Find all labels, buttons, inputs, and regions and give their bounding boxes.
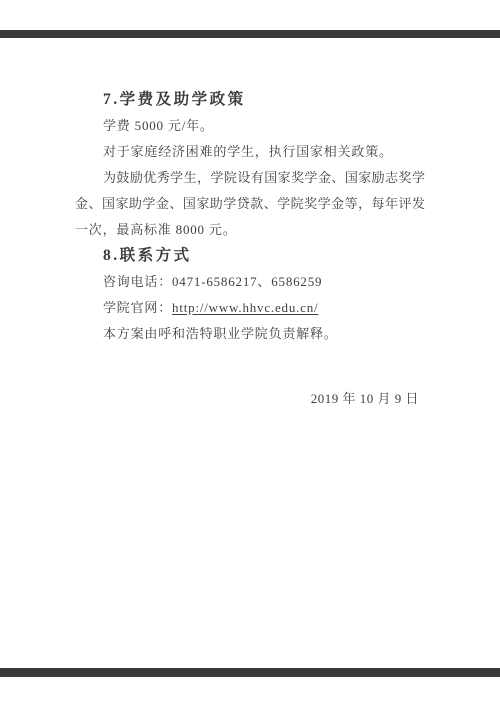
scan-edge-bottom-bar: [0, 668, 500, 677]
document-page: 7.学费及助学政策 学费 5000 元/年。 对于家庭经济困难的学生，执行国家相…: [0, 0, 500, 707]
website-line: 学院官网：http://www.hhvc.edu.cn/: [75, 295, 425, 321]
document-date: 2019 年 10 月 9 日: [75, 386, 425, 412]
scan-edge-top-bar: [0, 30, 500, 38]
college-website-link[interactable]: http://www.hhvc.edu.cn/: [172, 300, 318, 315]
phone-line: 咨询电话：0471-6586217、6586259: [75, 269, 425, 295]
document-content: 7.学费及助学政策 学费 5000 元/年。 对于家庭经济困难的学生，执行国家相…: [75, 87, 425, 347]
website-label: 学院官网：: [103, 300, 172, 315]
section-heading-tuition: 7.学费及助学政策: [75, 87, 425, 113]
scholarship-paragraph-line-2: 金、国家助学金、国家助学贷款、学院奖学金等，每年评发: [75, 191, 425, 217]
section-heading-contact: 8.联系方式: [75, 243, 425, 269]
tuition-fee-line: 学费 5000 元/年。: [75, 113, 425, 139]
poverty-policy-line: 对于家庭经济困难的学生，执行国家相关政策。: [75, 139, 425, 165]
scholarship-paragraph-line-1: 为鼓励优秀学生，学院设有国家奖学金、国家励志奖学: [75, 165, 425, 191]
interpretation-line: 本方案由呼和浩特职业学院负责解释。: [75, 321, 425, 347]
scholarship-paragraph-line-3: 一次，最高标准 8000 元。: [75, 217, 425, 243]
